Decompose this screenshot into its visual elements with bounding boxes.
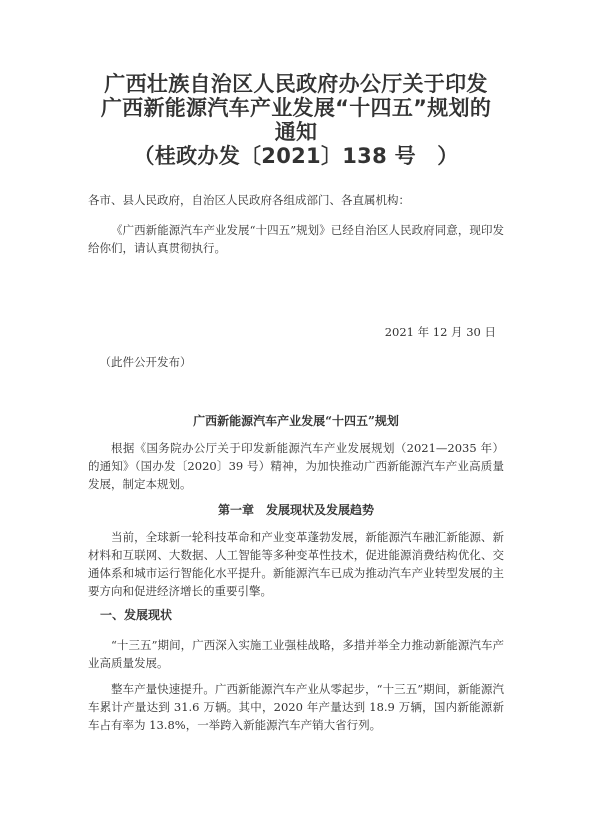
- chapter-intro-paragraph: 当前，全球新一轮科技革命和产业变革蓬勃发展，新能源汽车融汇新能源、新材料和互联网…: [88, 528, 504, 600]
- basis-paragraph: 根据《国务院办公厅关于印发新能源汽车产业发展规划（2021—2035 年）的通知…: [88, 439, 504, 493]
- chapter-title: 第一章 发展现状及发展趋势: [88, 501, 504, 519]
- section-paragraph-1: “十三五”期间，广西深入实施工业强桂战略，多措并举全力推动新能源汽车产业高质量发…: [88, 636, 504, 672]
- notice-title: 广西壮族自治区人民政府办公厅关于印发 广西新能源汽车产业发展“十四五”规划的 通…: [88, 72, 504, 168]
- plan-title: 广西新能源汽车产业发展“十四五”规划: [88, 412, 504, 430]
- publish-note: （此件公开发布）: [88, 353, 504, 371]
- title-line-2: 广西新能源汽车产业发展“十四五”规划的: [88, 96, 504, 120]
- title-line-3: 通知: [88, 120, 504, 144]
- document-number: （桂政办发〔2021〕138 号 ）: [88, 144, 504, 168]
- issue-date: 2021 年 12 月 30 日: [88, 323, 504, 341]
- section-title: 一、发展现状: [88, 606, 504, 624]
- section-paragraph-2: 整车产量快速提升。广西新能源汽车产业从零起步，“十三五”期间，新能源汽车累计产量…: [88, 680, 504, 734]
- title-line-1: 广西壮族自治区人民政府办公厅关于印发: [88, 72, 504, 96]
- approval-paragraph: 《广西新能源汽车产业发展“十四五”规划》已经自治区人民政府同意，现印发给你们，请…: [88, 221, 504, 257]
- addressee: 各市、县人民政府，自治区人民政府各组成部门、各直属机构：: [88, 191, 504, 209]
